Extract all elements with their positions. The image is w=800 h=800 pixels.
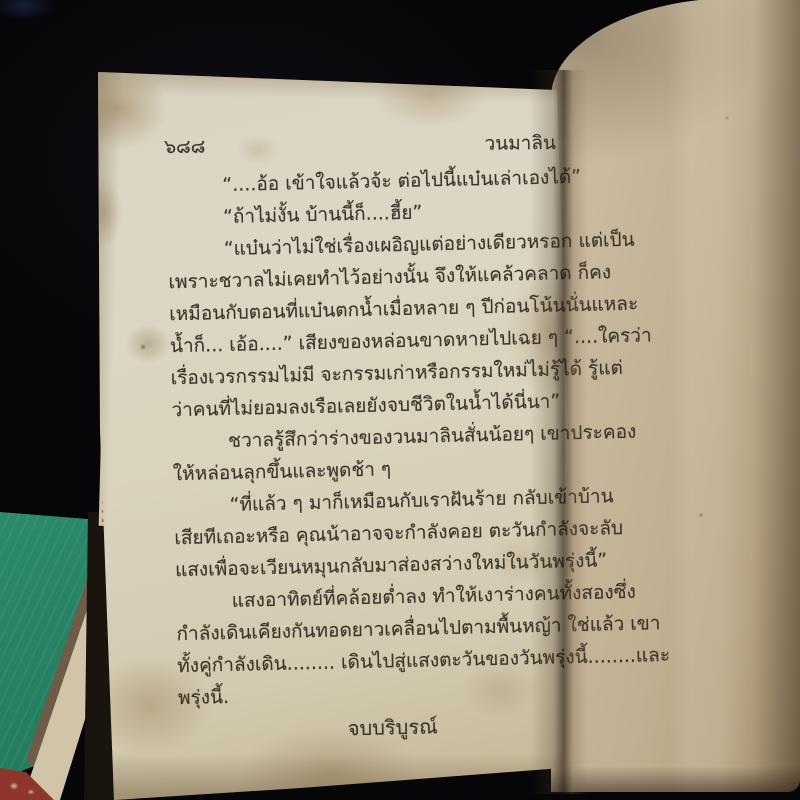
page-header: ๖๘๘ วนมาลิน [164,128,556,162]
book-photo-scene: ๖๘๘ วนมาลิน “....อ้อ เข้าใจแล้วจ้ะ ต่อไป… [0,0,800,800]
speckled-fore-edge [99,424,115,526]
page-text: “....อ้อ เข้าใจแล้วจ้ะ ต่อไปนี้แบ๋นเล่าเ… [166,161,573,748]
page-number: ๖๘๘ [164,132,206,162]
the-end-label: จบบริบูรณ์ [178,707,573,748]
blank-facing-page [551,0,800,792]
gutter-shadow [530,70,588,794]
